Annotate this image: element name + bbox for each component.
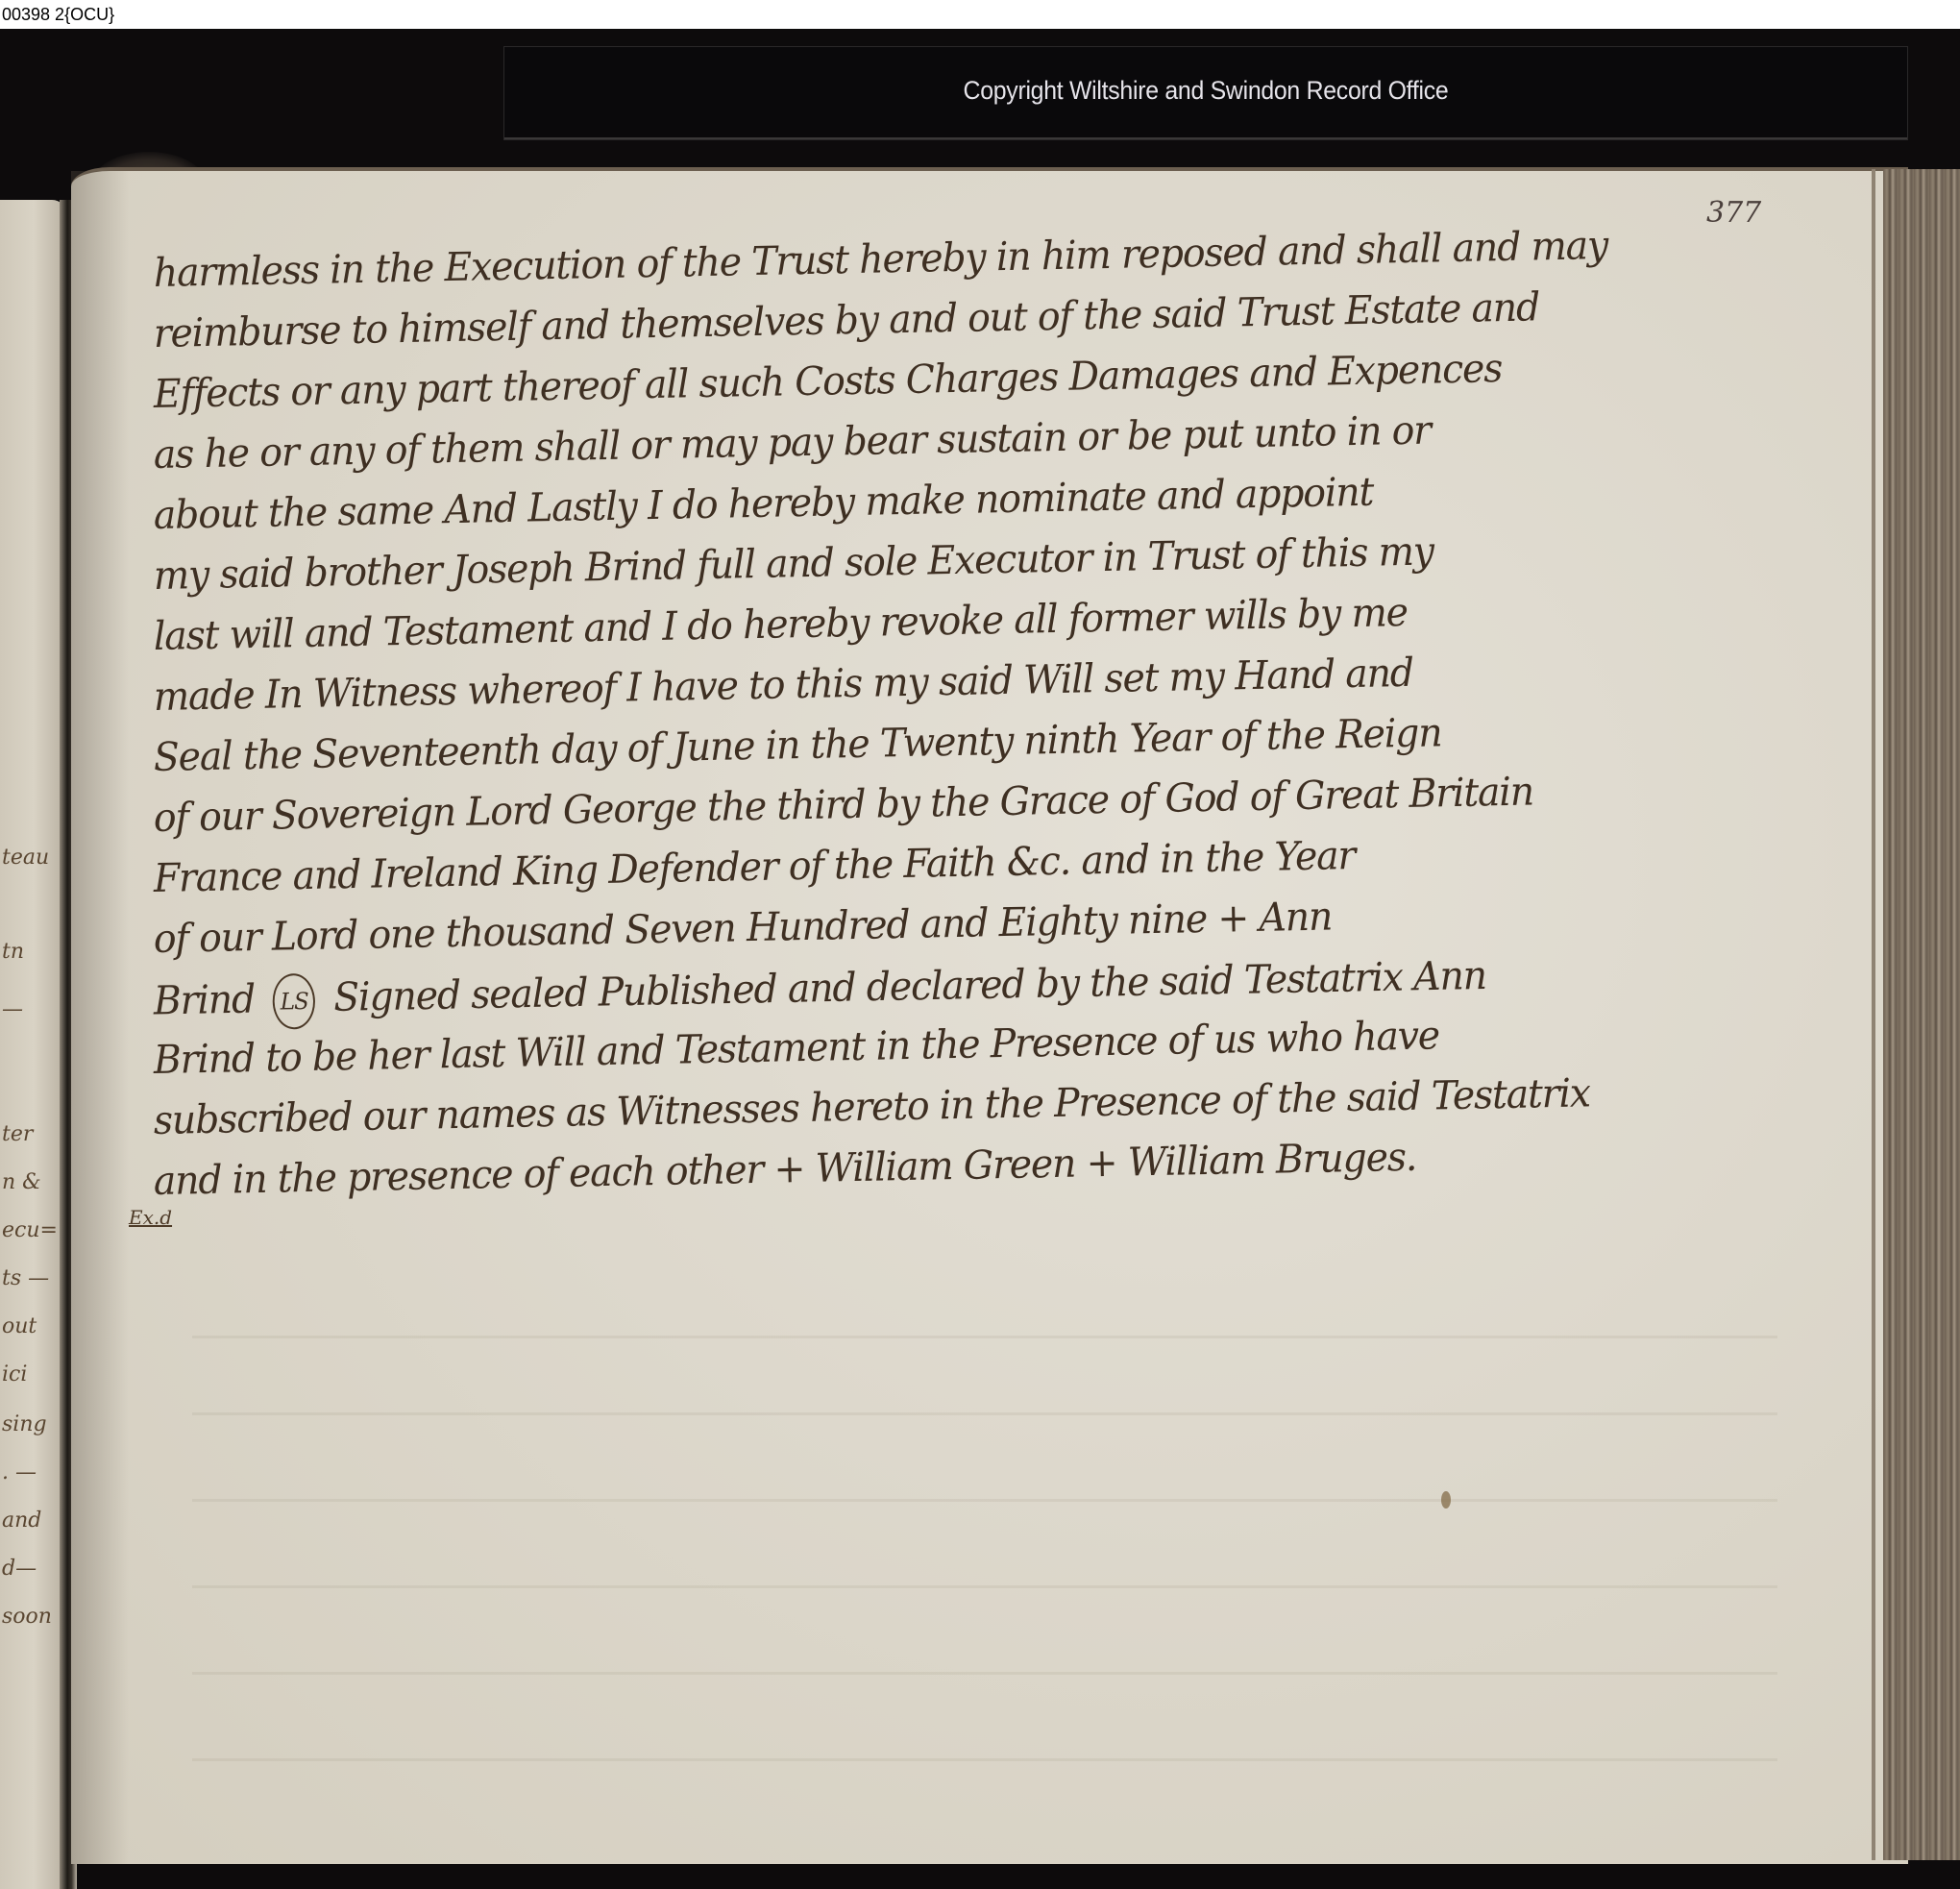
document-reference-label: 00398 2{OCU} xyxy=(0,0,1960,29)
seal-icon: LS xyxy=(273,973,316,1030)
left-page-fragment: ici xyxy=(2,1362,27,1386)
left-page-fragment: out xyxy=(2,1314,37,1338)
left-page-fragment: sing xyxy=(2,1412,47,1436)
left-page-fragment: — xyxy=(2,997,23,1021)
page-fore-edge xyxy=(1883,169,1960,1860)
left-page-fragment: and xyxy=(2,1509,41,1533)
show-through-line xyxy=(192,1499,1777,1502)
left-page-fragment: ter xyxy=(2,1122,33,1146)
show-through-line xyxy=(192,1585,1777,1588)
left-page-fragment: tn xyxy=(2,940,24,964)
show-through-line xyxy=(192,1672,1777,1675)
ink-stain xyxy=(1441,1491,1451,1509)
left-page-fragment: teau xyxy=(2,846,49,870)
left-page-fragment: soon xyxy=(2,1605,52,1629)
show-through-line xyxy=(192,1758,1777,1761)
signatory-surname: Brind xyxy=(153,975,255,1023)
margin-examined-note: Ex.d xyxy=(129,1206,172,1229)
left-page-fragment: ecu= xyxy=(2,1218,58,1242)
left-page-fragment: n & xyxy=(2,1170,41,1194)
left-page-fragment: ts — xyxy=(2,1266,49,1290)
show-through-line xyxy=(192,1412,1777,1415)
left-page-verso: teau tn — ter n & ecu= ts — out ici sing… xyxy=(0,200,67,1889)
left-page-fragment: d— xyxy=(2,1557,37,1581)
left-page-fragment: . — xyxy=(2,1460,37,1484)
copyright-text: Copyright Wiltshire and Swindon Record O… xyxy=(560,76,1850,106)
show-through-line xyxy=(192,1336,1777,1338)
copyright-banner: Copyright Wiltshire and Swindon Record O… xyxy=(503,46,1908,140)
will-text: harmless in the Execution of the Trust h… xyxy=(154,250,1874,1218)
